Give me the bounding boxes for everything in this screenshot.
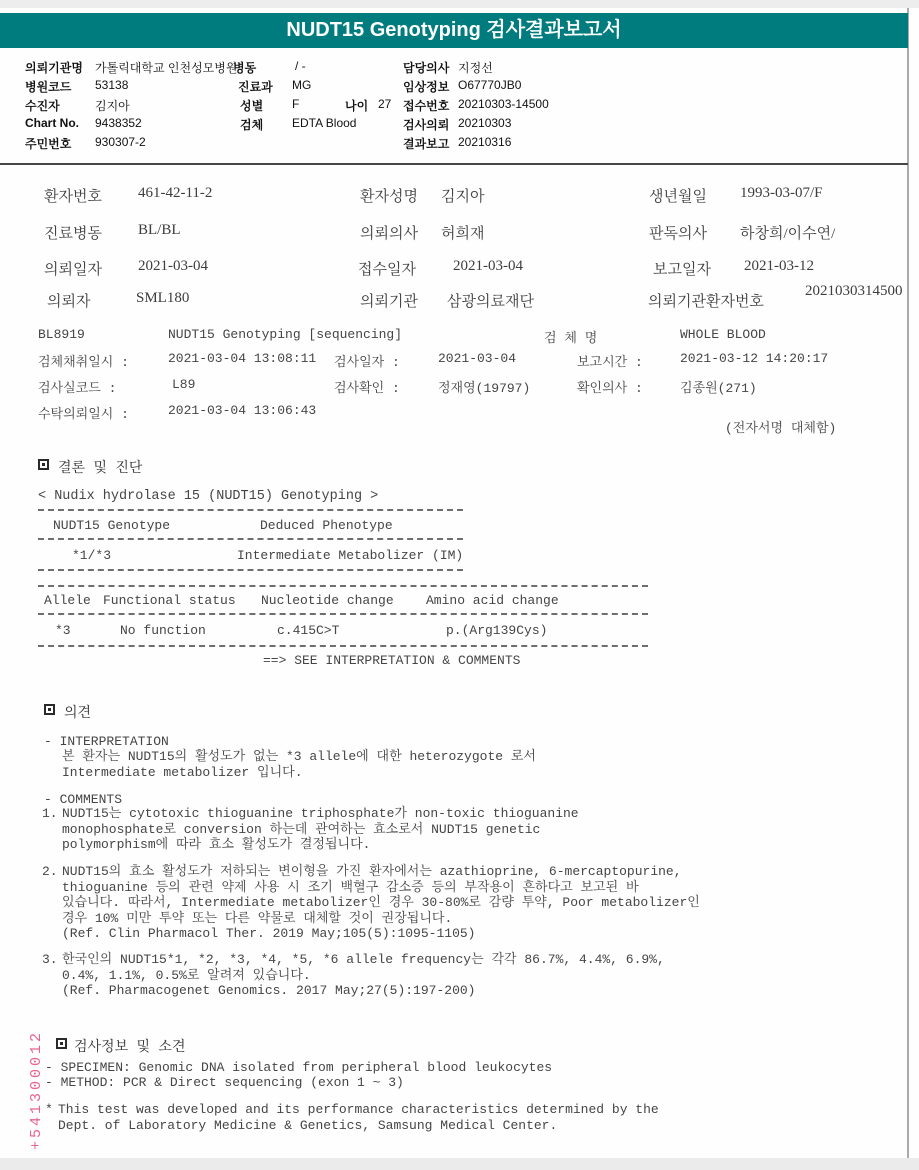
test-code: BL8919 bbox=[38, 327, 85, 342]
top-strip bbox=[0, 0, 919, 8]
info-label: 담당의사 bbox=[403, 59, 449, 76]
patient-value: SML180 bbox=[136, 290, 189, 307]
info-value: O67770JB0 bbox=[458, 78, 521, 92]
confirm-doctor-value: 김종원(271) bbox=[680, 377, 757, 396]
section-divider-line bbox=[0, 163, 908, 165]
scan-artifact-crescent bbox=[0, 440, 20, 480]
info-value: 930307-2 bbox=[95, 135, 146, 149]
table-rule bbox=[38, 569, 463, 571]
table-rule bbox=[38, 509, 463, 511]
patient-label: 의뢰자 bbox=[47, 290, 90, 311]
info-label: 결과보고 bbox=[403, 135, 449, 152]
conclusion-section-title: 결론 및 진단 bbox=[58, 457, 142, 477]
comment-body: NUDT15의 효소 활성도가 저하되는 변이형을 가진 환자에서는 azath… bbox=[62, 864, 910, 942]
patient-value: 2021-03-12 bbox=[744, 258, 814, 275]
interpretation-body: 본 환자는 NUDT15의 활성도가 없는 *3 allele에 대한 hete… bbox=[62, 749, 910, 780]
patient-value: 1993-03-07/F bbox=[740, 185, 823, 202]
header-info-row: 주민번호 930307-2 결과보고 20210316 bbox=[0, 135, 908, 154]
test-date-value: 2021-03-04 bbox=[438, 351, 516, 366]
section-square-icon bbox=[44, 704, 55, 715]
specimen-name-label: 검 체 명 bbox=[544, 327, 597, 346]
patient-label: 의뢰기관환자번호 bbox=[648, 290, 764, 311]
test-date-label: 검사일자 : bbox=[334, 351, 400, 370]
patient-label: 보고일자 bbox=[653, 258, 711, 279]
allele-table-cell: c.415C>T bbox=[277, 623, 339, 638]
patient-label: 환자번호 bbox=[44, 185, 102, 206]
info-label: 병원코드 bbox=[25, 78, 71, 95]
patient-value: BL/BL bbox=[138, 222, 181, 239]
scan-artifact-crescent bbox=[0, 618, 20, 658]
lab-code-value: L89 bbox=[172, 377, 195, 392]
patient-value: 김지아 bbox=[441, 185, 484, 206]
table-rule bbox=[38, 645, 648, 647]
allele-table-header-cell: Amino acid change bbox=[426, 593, 559, 608]
info-label: 진료과 bbox=[238, 78, 273, 95]
info-label: 성별 bbox=[240, 97, 263, 114]
patient-value: 461-42-11-2 bbox=[138, 185, 212, 202]
section-square-icon-fill bbox=[60, 1042, 63, 1045]
patient-value: 2021-03-04 bbox=[453, 258, 523, 275]
lab-code-label: 검사실코드 : bbox=[38, 377, 116, 396]
section-square-icon bbox=[56, 1038, 67, 1049]
patient-value: 하창희/이수연/ bbox=[740, 222, 835, 243]
patient-value: 2021-03-04 bbox=[138, 258, 208, 275]
patient-value: 허희재 bbox=[441, 222, 484, 243]
patient-label: 의뢰기관 bbox=[360, 290, 418, 311]
patient-value: 삼광의료재단 bbox=[447, 290, 534, 311]
info-label: Chart No. bbox=[25, 116, 79, 130]
verified-value: 정재영(19797) bbox=[438, 377, 530, 396]
info-value: 27 bbox=[378, 97, 391, 111]
method-line: - METHOD: PCR & Direct sequencing (exon … bbox=[45, 1075, 404, 1090]
info-label: 주민번호 bbox=[25, 135, 71, 152]
section-square-icon-fill bbox=[42, 463, 45, 466]
see-note: ==> SEE INTERPRETATION & COMMENTS bbox=[263, 653, 520, 668]
header-info-row: Chart No. 9438352 검체 EDTA Blood 검사의뢰 202… bbox=[0, 116, 908, 135]
info-value: 가톨릭대학교 인천성모병원 bbox=[95, 59, 237, 76]
lab-report-page: NUDT15 Genotyping 검사결과보고서 의뢰기관명 가톨릭대학교 인… bbox=[0, 0, 919, 1170]
info-value: 20210303 bbox=[458, 116, 511, 130]
report-title: NUDT15 Genotyping 검사결과보고서 bbox=[286, 19, 621, 41]
allele-table-cell: *3 bbox=[55, 623, 71, 638]
opinion-section-title: 의견 bbox=[64, 702, 91, 722]
info-label: 나이 bbox=[345, 97, 368, 114]
test-info-section-title: 검사정보 및 소견 bbox=[74, 1036, 185, 1056]
allele-table-header-cell: Functional status bbox=[103, 593, 236, 608]
info-label: 검사의뢰 bbox=[403, 116, 449, 133]
genotype-table-cell: Intermediate Metabolizer (IM) bbox=[237, 548, 463, 563]
header-info-row: 수진자 김지아 성별 F 나이 27 접수번호 20210303-14500 bbox=[0, 97, 908, 116]
info-value: 9438352 bbox=[95, 116, 142, 130]
patient-label: 판독의사 bbox=[649, 222, 707, 243]
info-value: 20210303-14500 bbox=[458, 97, 549, 111]
genotype-table-header-cell: Deduced Phenotype bbox=[260, 518, 393, 533]
comment-number: 2. bbox=[42, 864, 58, 879]
patient-label: 생년월일 bbox=[649, 185, 707, 206]
accession-number-stamp: +541300012 bbox=[28, 1015, 48, 1165]
comment-number: 3. bbox=[42, 952, 58, 967]
patient-label: 환자성명 bbox=[360, 185, 418, 206]
patient-label: 의뢰의사 bbox=[360, 222, 418, 243]
collected-value: 2021-03-04 13:08:11 bbox=[168, 351, 316, 366]
patient-label: 의뢰일자 bbox=[44, 258, 102, 279]
section-square-icon bbox=[38, 459, 49, 470]
genotype-table-cell: *1/*3 bbox=[72, 548, 111, 563]
info-value: F bbox=[292, 97, 299, 111]
info-label: 병동 bbox=[233, 59, 256, 76]
referred-label: 수탁의뢰일시 : bbox=[38, 403, 129, 422]
info-value: MG bbox=[292, 78, 311, 92]
genotyping-subtitle: < Nudix hydrolase 15 (NUDT15) Genotyping… bbox=[38, 489, 378, 504]
info-value: 53138 bbox=[95, 78, 128, 92]
collected-label: 검체채취일시 : bbox=[38, 351, 129, 370]
report-time-label: 보고시간 : bbox=[577, 351, 643, 370]
info-value: / - bbox=[295, 59, 306, 73]
esign-note: (전자서명 대체함) bbox=[725, 417, 836, 436]
referred-value: 2021-03-04 13:06:43 bbox=[168, 403, 316, 418]
table-rule bbox=[38, 585, 648, 587]
table-rule bbox=[38, 538, 463, 540]
patient-value: 2021030314500 bbox=[805, 283, 909, 300]
genotype-table-header-cell: NUDT15 Genotype bbox=[53, 518, 170, 533]
info-label: 수진자 bbox=[25, 97, 60, 114]
section-square-icon-fill bbox=[48, 708, 51, 711]
scan-artifact-crescent bbox=[0, 820, 20, 860]
comment-body: NUDT15는 cytotoxic thioguanine triphospha… bbox=[62, 806, 910, 853]
footnote-body: This test was developed and its performa… bbox=[58, 1102, 906, 1133]
interpretation-title: - INTERPRETATION bbox=[44, 734, 169, 749]
patient-label: 접수일자 bbox=[358, 258, 416, 279]
info-label: 검체 bbox=[240, 116, 263, 133]
info-label: 의뢰기관명 bbox=[25, 59, 83, 76]
patient-label: 진료병동 bbox=[44, 222, 102, 243]
specimen-name-value: WHOLE BLOOD bbox=[680, 327, 766, 342]
bottom-strip bbox=[0, 1158, 919, 1170]
specimen-line: - SPECIMEN: Genomic DNA isolated from pe… bbox=[45, 1060, 552, 1075]
header-info-row: 병원코드 53138 진료과 MG 임상정보 O67770JB0 bbox=[0, 78, 908, 97]
info-value: 지정선 bbox=[458, 59, 493, 76]
info-label: 접수번호 bbox=[403, 97, 449, 114]
comments-title: - COMMENTS bbox=[44, 792, 122, 807]
report-banner: NUDT15 Genotyping 검사결과보고서 bbox=[0, 13, 908, 48]
table-rule bbox=[38, 613, 648, 615]
allele-table-header-cell: Allele bbox=[44, 593, 91, 608]
verified-label: 검사확인 : bbox=[334, 377, 400, 396]
header-info-row: 의뢰기관명 가톨릭대학교 인천성모병원 병동 / - 담당의사 지정선 bbox=[0, 59, 908, 78]
report-time-value: 2021-03-12 14:20:17 bbox=[680, 351, 828, 366]
comment-body: 한국인의 NUDT15*1, *2, *3, *4, *5, *6 allele… bbox=[62, 952, 910, 999]
info-value: 20210316 bbox=[458, 135, 511, 149]
confirm-doctor-label: 확인의사 : bbox=[577, 377, 643, 396]
allele-table-header-cell: Nucleotide change bbox=[261, 593, 394, 608]
info-value: EDTA Blood bbox=[292, 116, 356, 130]
info-label: 임상정보 bbox=[403, 78, 449, 95]
allele-table-cell: No function bbox=[120, 623, 206, 638]
allele-table-cell: p.(Arg139Cys) bbox=[446, 623, 547, 638]
comment-number: 1. bbox=[42, 806, 58, 821]
test-name: NUDT15 Genotyping [sequencing] bbox=[168, 327, 402, 342]
info-value: 김지아 bbox=[95, 97, 130, 114]
